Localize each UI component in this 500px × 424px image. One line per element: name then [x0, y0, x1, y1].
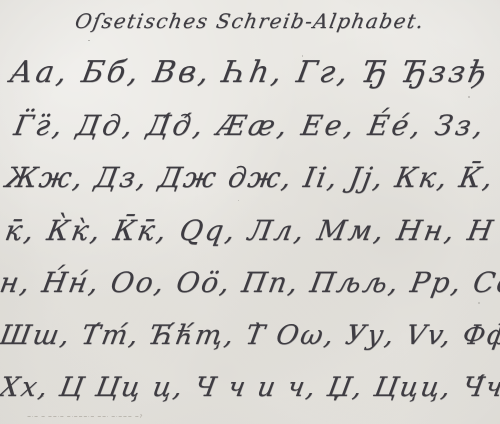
alphabet-rows: Аа, Бб, Вв, Һһ, Гг, Ђ Ђззђ Г̈г̈, Дд, Д́д…: [0, 47, 500, 415]
alphabet-row-7: Хх, Ц Цц ц, Ч ч и ч, Џ, Ццц, Ч́чч.: [0, 362, 500, 415]
alphabet-row-3: Жж, Дз, Дж дж, Іі, Јј, Кк, К̄,: [0, 152, 500, 205]
paper-speck: [478, 302, 480, 304]
engraver-imprint-line: ~·~ ~ ~~·~ ~·~~~·~ ~~· ~·~~~ ~?: [27, 414, 143, 420]
paper-speck: [88, 40, 90, 41]
paper-speck: [12, 74, 14, 76]
paper-speck: [302, 55, 303, 57]
alphabet-row-6: Шш, Т́т́, Ћ́ћ́ҭ, Т̀ Оω, Уу, Vv, Ффф,: [0, 310, 500, 363]
alphabet-row-5: н, Н́н́, Оо, Оӧ, Пп, Пљљ, Рр, Сс,: [0, 257, 500, 310]
alphabet-row-4: к̄, К̀к̀, К̄к̄, Qq, Лл, Мм, Нн, Н: [0, 205, 500, 258]
paper-speck: [238, 200, 239, 201]
alphabet-row-2: Г̈г̈, Дд, Д́д́, Ææ, Ее, Е́е́, Зз,: [0, 100, 500, 153]
scanned-page: Oſsetisches Schreib-Alphabet. Аа, Бб, Вв…: [0, 0, 500, 424]
paper-speck: [42, 396, 44, 397]
document-title: Oſsetisches Schreib-Alphabet.: [0, 9, 500, 33]
paper-speck: [468, 96, 470, 98]
alphabet-row-1: Аа, Бб, Вв, Һһ, Гг, Ђ Ђззђ: [0, 47, 500, 100]
